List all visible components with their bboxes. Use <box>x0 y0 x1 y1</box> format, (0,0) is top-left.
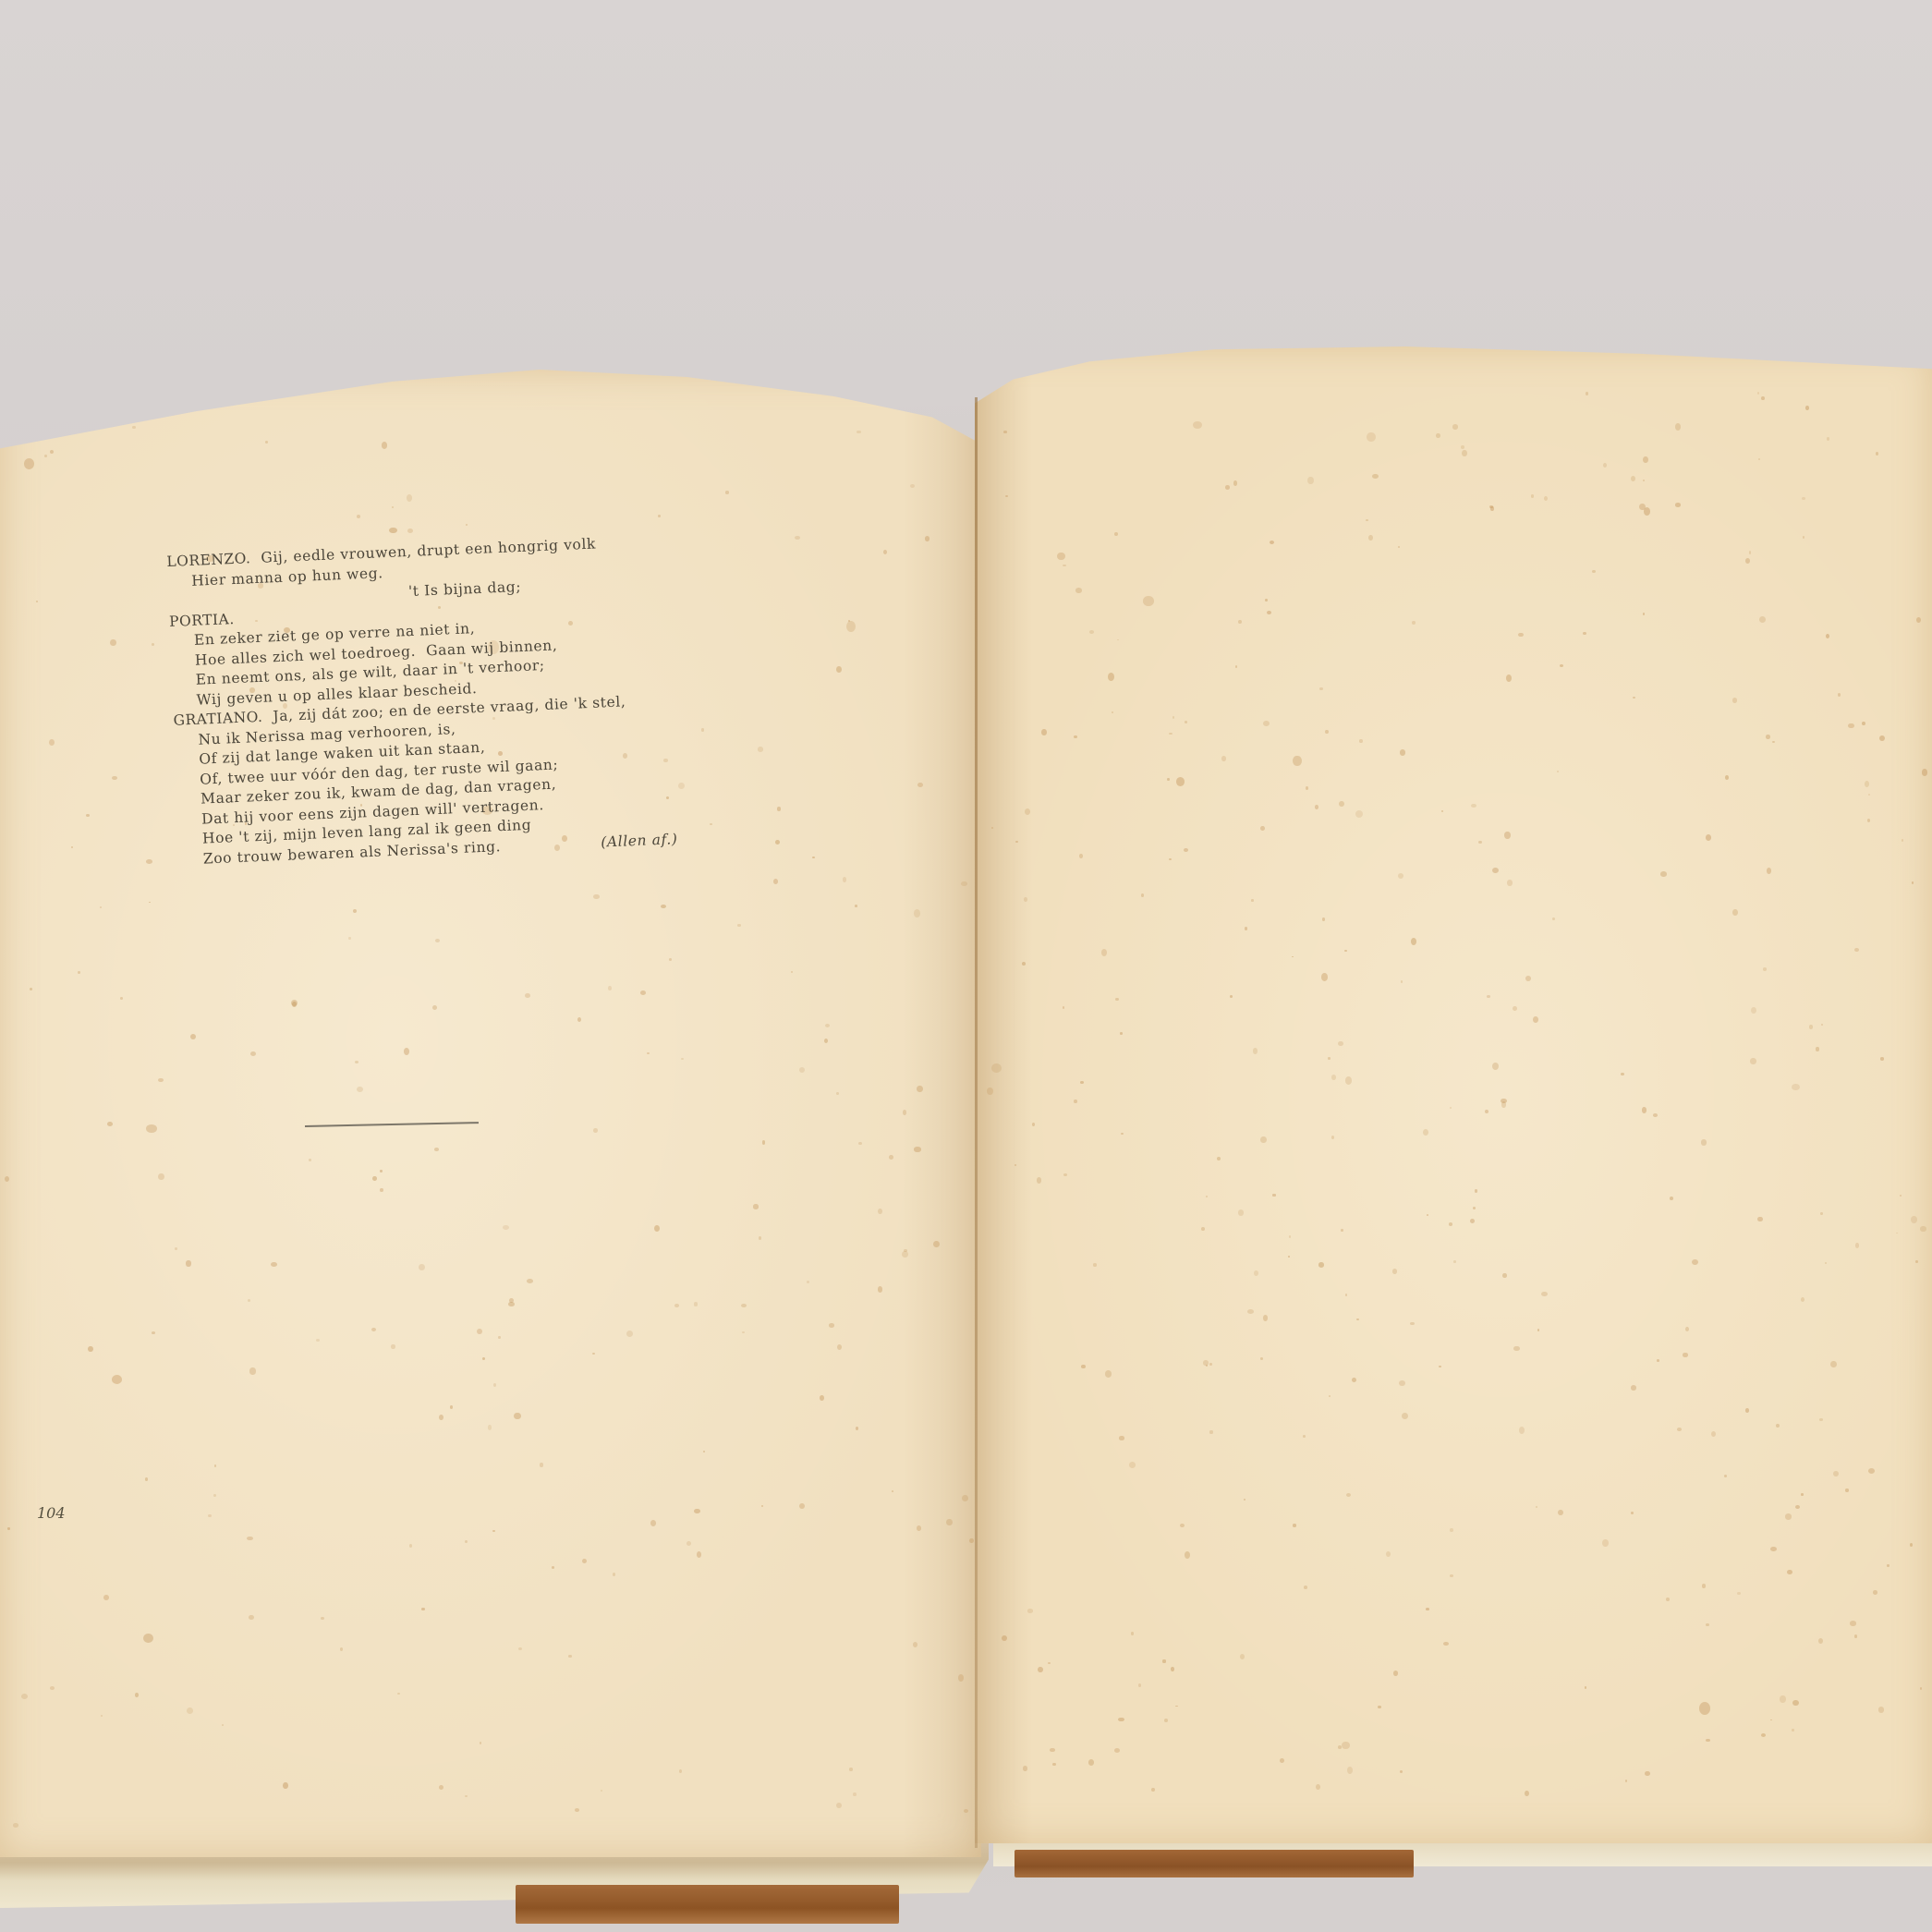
book-photo-scene: LORENZO. Gij, eedle vrouwen, drupt een h… <box>0 0 1932 1932</box>
spine-binding-left <box>516 1885 899 1924</box>
spine-binding-right <box>1015 1850 1414 1877</box>
book-gutter <box>975 397 978 1848</box>
speaker-name: LORENZO. <box>166 550 251 570</box>
right-page <box>975 346 1932 1843</box>
speaker-name: PORTIA. <box>169 610 235 629</box>
speaker-name: GRATIANO. <box>173 709 263 729</box>
stage-direction: (Allen af.) <box>601 830 678 853</box>
page-number: 104 <box>37 1504 66 1522</box>
play-text-block: LORENZO. Gij, eedle vrouwen, drupt een h… <box>166 531 697 870</box>
